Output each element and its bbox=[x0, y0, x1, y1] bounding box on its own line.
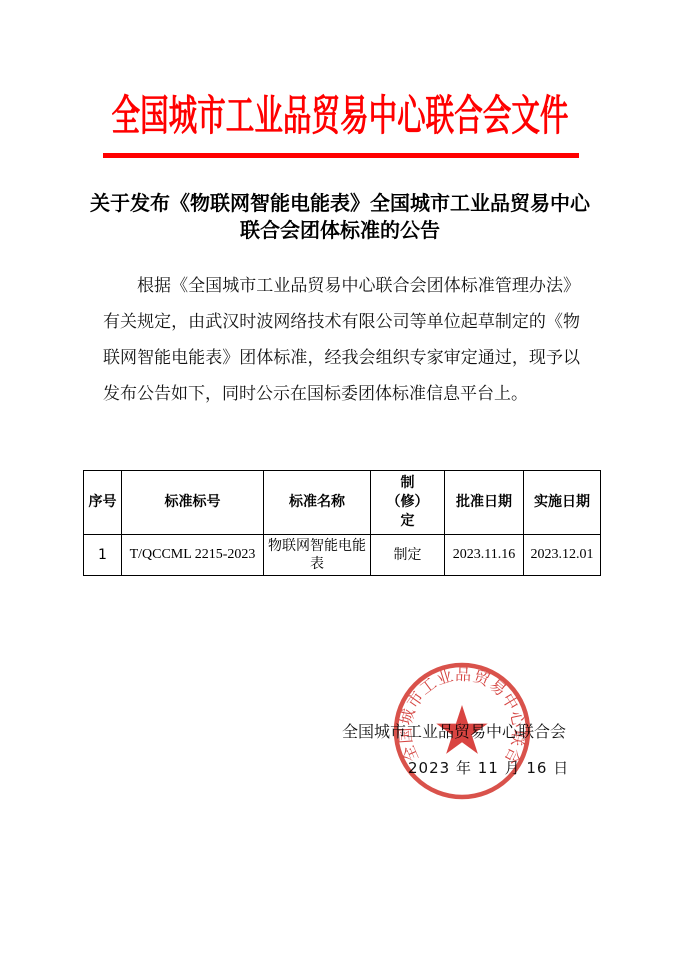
cell-type: 制定 bbox=[371, 535, 445, 576]
letterhead-title-text: 全国城市工业品贸易中心联合会文件 bbox=[112, 92, 569, 140]
col-header-implementation-date: 实施日期 bbox=[524, 471, 601, 535]
signature-organization: 全国城市工业品贸易中心联合会 bbox=[342, 719, 566, 742]
col-header-type: 制 （修） 定 bbox=[371, 471, 445, 535]
col-header-name: 标准名称 bbox=[264, 471, 371, 535]
cell-standard-name: 物联网智能电能表 bbox=[264, 535, 371, 576]
seal-ring-text: 全国城市工业品贸易中心联合会 bbox=[392, 661, 529, 768]
col-header-approval-date: 批准日期 bbox=[445, 471, 524, 535]
seal-ring-text-container: 全国城市工业品贸易中心联合会 bbox=[392, 661, 529, 768]
announcement-title-line2: 联合会团体标准的公告 bbox=[40, 217, 640, 244]
cell-approval-date: 2023.11.16 bbox=[445, 535, 524, 576]
standards-table: 序号 标准标号 标准名称 制 （修） 定 批准日期 实施日期 1 T/QCCML… bbox=[83, 470, 601, 576]
document-page: 全国城市工业品贸易中心联合会文件 关于发布《物联网智能电能表》全国城市工业品贸易… bbox=[0, 0, 680, 961]
letterhead-title: 全国城市工业品贸易中心联合会文件 bbox=[0, 92, 680, 140]
body-paragraph: 根据《全国城市工业品贸易中心联合会团体标准管理办法》有关规定，由武汉时波网络技术… bbox=[103, 268, 580, 412]
cell-implementation-date: 2023.12.01 bbox=[524, 535, 601, 576]
cell-standard-code: T/QCCML 2215-2023 bbox=[122, 535, 264, 576]
signature-date: 2023 年 11 月 16 日 bbox=[408, 757, 569, 778]
cell-no: 1 bbox=[84, 535, 122, 576]
announcement-title-line1: 关于发布《物联网智能电能表》全国城市工业品贸易中心 bbox=[40, 190, 640, 217]
col-header-no: 序号 bbox=[84, 471, 122, 535]
table-header-row: 序号 标准标号 标准名称 制 （修） 定 批准日期 实施日期 bbox=[84, 471, 601, 535]
col-header-code: 标准标号 bbox=[122, 471, 264, 535]
announcement-title: 关于发布《物联网智能电能表》全国城市工业品贸易中心 联合会团体标准的公告 bbox=[40, 190, 640, 244]
letterhead-rule bbox=[103, 153, 579, 158]
table-row: 1 T/QCCML 2215-2023 物联网智能电能表 制定 2023.11.… bbox=[84, 535, 601, 576]
